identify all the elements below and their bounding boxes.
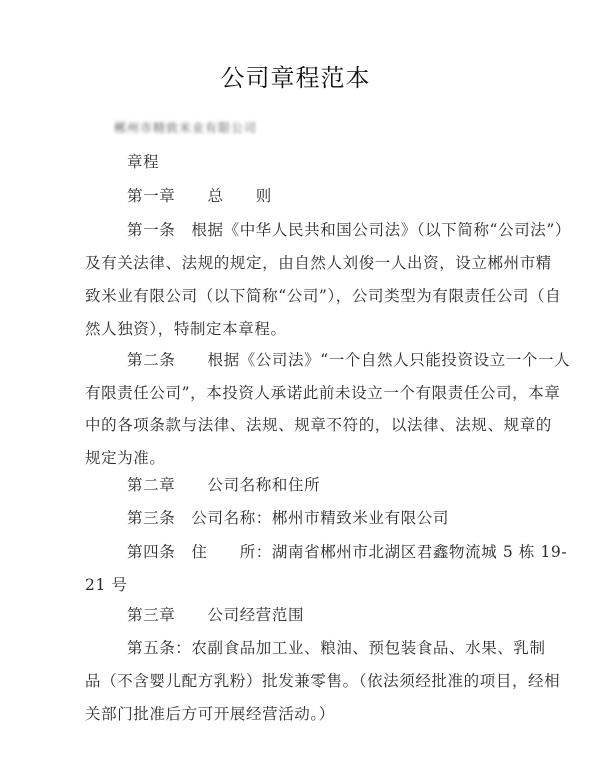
text-line: 中的各项条款与法律、法规、规章不符的，以法律、法规、规章的	[85, 413, 552, 435]
text-line: 规定为准。	[85, 446, 166, 468]
text-line: 第一条 根据《中华人民共和国公司法》（以下简称“公司法”）	[127, 218, 571, 240]
text-line: 致米业有限公司（以下简称“公司”），公司类型为有限责任公司（自	[85, 284, 561, 306]
blurred-company-name: 郴州市精致米业有限公司	[114, 119, 257, 136]
text-line: 品（不含婴儿配方乳粉）批发兼零售。（依法须经批准的项目，经相	[85, 669, 560, 691]
text-line: 及有关法律、法规的规定，由自然人刘俊一人出资，设立郴州市精	[85, 251, 552, 273]
text-line: 第三章 公司经营范围	[127, 603, 304, 625]
text-line: 第五条：农副食品加工业、粮油、预包装食品、水果、乳制	[127, 636, 546, 658]
text-line: 章程	[127, 150, 159, 172]
text-line: 然人独资），特制定本章程。	[85, 317, 287, 339]
text-line: 第三条 公司名称：郴州市精致米业有限公司	[127, 506, 449, 528]
text-line: 第四条 住 所：湖南省郴州市北湖区君鑫物流城 5 栋 19-	[127, 540, 567, 562]
text-line: 21 号	[85, 573, 128, 595]
document-title: 公司章程范本	[0, 58, 591, 93]
text-line: 第二条 根据《公司法》“一个自然人只能投资设立一个一人	[127, 348, 570, 370]
text-line: 第一章 总 则	[127, 184, 272, 206]
text-line: 第二章 公司名称和住所	[127, 473, 320, 495]
text-line: 关部门批准后方可开展经营活动。）	[85, 702, 335, 724]
text-line: 有限责任公司”，本投资人承诺此前未设立一个有限责任公司，本章	[85, 381, 560, 403]
